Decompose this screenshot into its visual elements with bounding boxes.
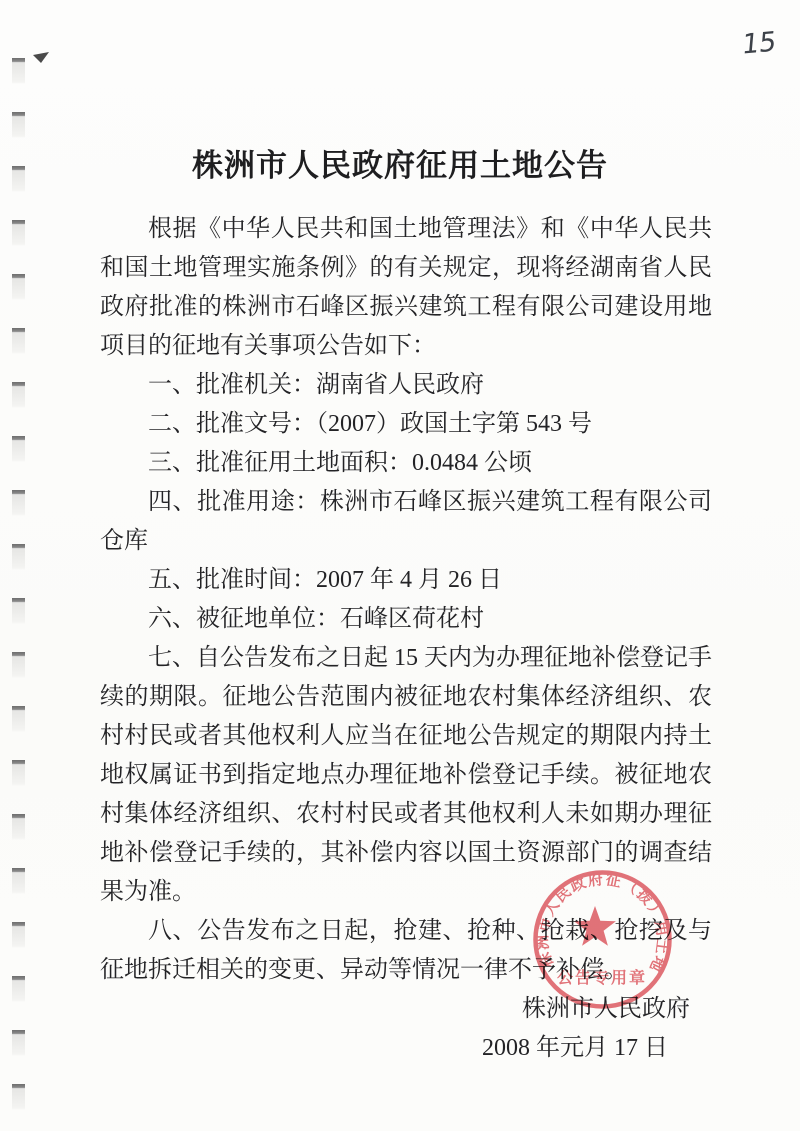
seal-star-icon xyxy=(574,906,616,946)
item-approved-use: 四、批准用途：株洲市石峰区振兴建筑工程有限公司仓库 xyxy=(100,483,712,561)
item-approval-number: 二、批准文号：（2007）政国土字第 543 号 xyxy=(100,405,712,444)
item-approval-authority: 一、批准机关：湖南省人民政府 xyxy=(100,366,712,405)
scanned-announcement-page: 15 株洲市人民政府征用土地公告 根据《中华人民共和国土地管理法》和《中华人民共… xyxy=(0,0,800,1131)
item-requisitioned-unit: 六、被征地单位：石峰区荷花村 xyxy=(100,600,712,639)
item-approval-date: 五、批准时间：2007 年 4 月 26 日 xyxy=(100,561,712,600)
seal-bottom-text: 公告专用章 xyxy=(557,968,647,987)
item-land-area: 三、批准征用土地面积：0.0484 公顷 xyxy=(100,444,712,483)
intro-paragraph: 根据《中华人民共和国土地管理法》和《中华人民共和国土地管理实施条例》的有关规定，… xyxy=(100,210,712,366)
document-title: 株洲市人民政府征用土地公告 xyxy=(0,140,800,185)
handwritten-page-number: 15 xyxy=(741,26,778,60)
official-red-seal: 株洲市人民政府征（拨）用土地 公告专用章 xyxy=(528,866,678,1016)
binding-holes xyxy=(12,58,25,1131)
issue-date: 2008 年元月 17 日 xyxy=(100,1029,668,1068)
ink-corner-mark xyxy=(33,52,51,65)
